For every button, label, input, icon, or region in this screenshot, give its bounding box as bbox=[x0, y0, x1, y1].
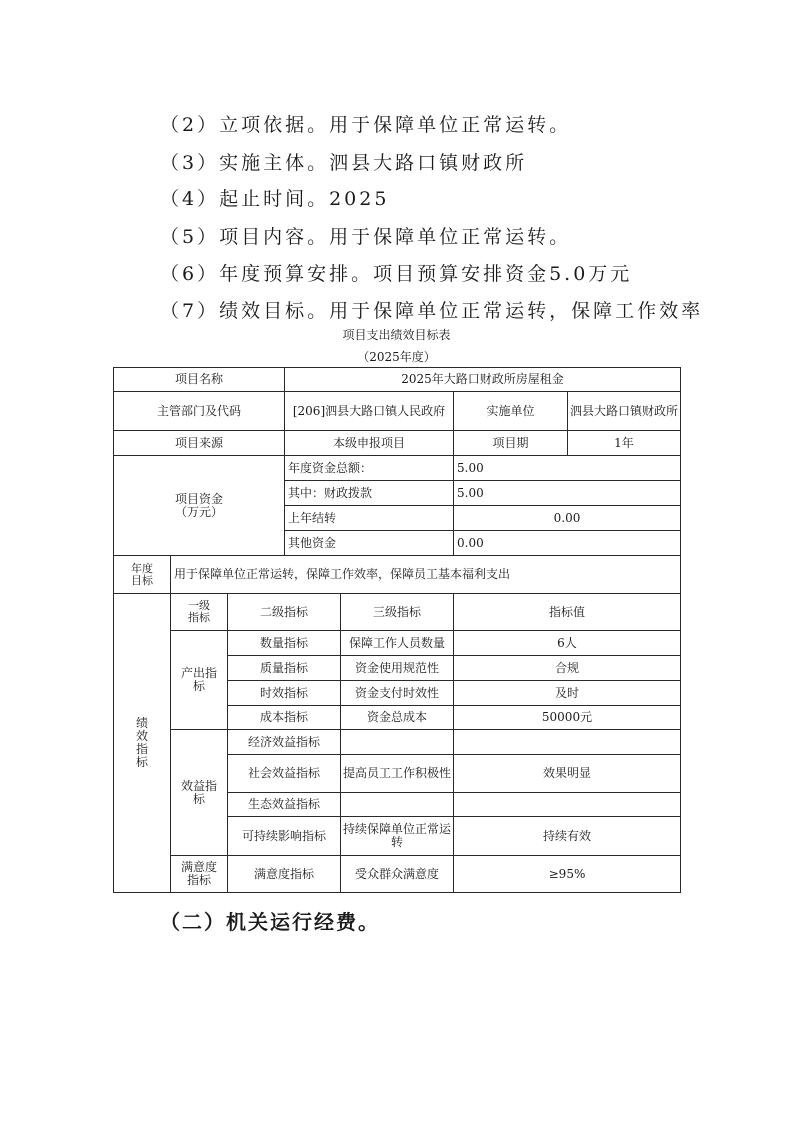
group-satisfaction: 满意度 指标 bbox=[170, 855, 228, 893]
funds-fiscal-label: 其中：财政拨款 bbox=[284, 480, 454, 506]
header-value: 指标值 bbox=[453, 593, 681, 631]
row-value: 及时 bbox=[453, 680, 681, 706]
project-name-label: 项目名称 bbox=[113, 367, 285, 392]
header-level2: 二级指标 bbox=[227, 593, 341, 631]
group-output-line2: 标 bbox=[193, 680, 205, 693]
row-level3: 提高员工工作积极性 bbox=[340, 754, 454, 793]
group-benefit-line2: 标 bbox=[193, 793, 205, 806]
dept-label: 主管部门及代码 bbox=[113, 391, 285, 431]
row-level3: 持续保障单位正常运转 bbox=[340, 816, 454, 856]
row-level2: 社会效益指标 bbox=[227, 754, 341, 793]
row-level2: 经济效益指标 bbox=[227, 729, 341, 755]
header-level3: 三级指标 bbox=[340, 593, 454, 631]
table-title: 项目支出绩效目标表 bbox=[0, 326, 793, 343]
row-value: 6人 bbox=[453, 630, 681, 656]
header-level1-line2: 指标 bbox=[188, 612, 210, 624]
perf-indicators-label: 绩 效 指 标 bbox=[113, 593, 171, 893]
row-level3: 受众群众满意度 bbox=[340, 855, 454, 893]
table-subtitle: （2025年度） bbox=[0, 348, 793, 365]
row-value: 50000元 bbox=[453, 705, 681, 730]
impl-unit-value: 泗县大路口镇财政所 bbox=[567, 391, 681, 431]
funds-label-line1: 项目资金 bbox=[175, 493, 223, 506]
funds-total-label: 年度资金总额： bbox=[284, 455, 454, 481]
row-value: 持续有效 bbox=[453, 816, 681, 856]
row-level2: 质量指标 bbox=[227, 655, 341, 681]
annual-goal-label-line1: 年度 bbox=[131, 563, 153, 575]
funds-label-line2: （万元） bbox=[175, 506, 223, 519]
row-level3: 资金支付时效性 bbox=[340, 680, 454, 706]
source-label: 项目来源 bbox=[113, 430, 285, 456]
paragraph-implementer: （3）实施主体。泗县大路口镇财政所 bbox=[160, 150, 527, 176]
row-level2: 成本指标 bbox=[227, 705, 341, 730]
project-name-value: 2025年大路口财政所房屋租金 bbox=[284, 367, 681, 392]
paragraph-goal: （7）绩效目标。用于保障单位正常运转，保障工作效率 bbox=[160, 298, 703, 324]
funds-label: 项目资金 （万元） bbox=[113, 455, 285, 556]
annual-goal-value: 用于保障单位正常运转，保障工作效率，保障员工基本福利支出 bbox=[170, 555, 681, 594]
group-output: 产出指 标 bbox=[170, 630, 228, 730]
dept-value: [206]泗县大路口镇人民政府 bbox=[284, 391, 454, 431]
paragraph-period: （4）起止时间。2025 bbox=[160, 186, 389, 212]
paragraph-basis: （2）立项依据。用于保障单位正常运转。 bbox=[160, 112, 571, 138]
perf-label-char: 标 bbox=[136, 756, 148, 769]
row-level3 bbox=[340, 729, 454, 755]
row-level3: 资金总成本 bbox=[340, 705, 454, 730]
annual-goal-label: 年度 目标 bbox=[113, 555, 171, 594]
header-level1: 一级 指标 bbox=[170, 593, 228, 631]
funds-other-label: 其他资金 bbox=[284, 530, 454, 556]
row-level2: 时效指标 bbox=[227, 680, 341, 706]
row-value: 效果明显 bbox=[453, 754, 681, 793]
funds-carryover-label: 上年结转 bbox=[284, 505, 454, 531]
group-benefit-line1: 效益指 bbox=[181, 780, 217, 793]
row-value bbox=[453, 729, 681, 755]
source-value: 本级申报项目 bbox=[284, 430, 454, 456]
funds-carryover-value: 0.00 bbox=[453, 505, 681, 531]
row-level2: 可持续影响指标 bbox=[227, 816, 341, 856]
row-value bbox=[453, 792, 681, 817]
annual-goal-label-line2: 目标 bbox=[131, 575, 153, 587]
row-level2: 数量指标 bbox=[227, 630, 341, 656]
row-level3 bbox=[340, 792, 454, 817]
row-value: ≥95% bbox=[453, 855, 681, 893]
group-satisfaction-line2: 指标 bbox=[187, 874, 211, 887]
funds-total-value: 5.00 bbox=[453, 455, 681, 481]
row-level2: 生态效益指标 bbox=[227, 792, 341, 817]
period-label: 项目期 bbox=[453, 430, 568, 456]
row-level3: 保障工作人员数量 bbox=[340, 630, 454, 656]
funds-other-value: 0.00 bbox=[453, 530, 681, 556]
group-benefit: 效益指 标 bbox=[170, 729, 228, 856]
section-heading: （二）机关运行经费。 bbox=[160, 906, 380, 935]
funds-fiscal-value: 5.00 bbox=[453, 480, 681, 506]
paragraph-budget: （6）年度预算安排。项目预算安排资金5.0万元 bbox=[160, 261, 632, 287]
paragraph-content: （5）项目内容。用于保障单位正常运转。 bbox=[160, 224, 571, 250]
row-level3: 资金使用规范性 bbox=[340, 655, 454, 681]
period-value: 1年 bbox=[567, 430, 681, 456]
row-value: 合规 bbox=[453, 655, 681, 681]
row-level2: 满意度指标 bbox=[227, 855, 341, 893]
impl-unit-label: 实施单位 bbox=[453, 391, 568, 431]
